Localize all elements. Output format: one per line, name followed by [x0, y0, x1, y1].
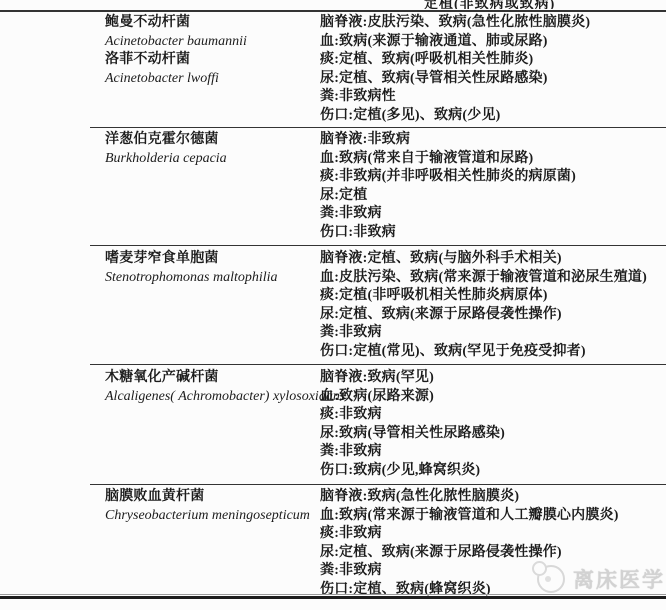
bacteria-name-zh: 脑膜败血黄杆菌: [105, 488, 318, 507]
table-rule-top: [0, 10, 666, 12]
specimen-finding: 脑脊液:定植、致病(与脑外科手术相关): [320, 250, 666, 269]
bacteria-name-latin: Stenotrophomonas maltophilia: [105, 269, 318, 288]
table-rule-separator: [90, 127, 666, 128]
specimen-finding: 粪:非致病性: [320, 88, 666, 107]
bacteria-name-cell: 脑膜败血黄杆菌Chryseobacterium meningosepticum: [105, 488, 318, 525]
specimen-finding: 尿:定植、致病(来源于尿路侵袭性操作): [320, 544, 666, 563]
specimen-finding: 血:致病(尿路来源): [320, 388, 666, 407]
specimen-finding: 痰:非致病: [320, 406, 666, 425]
bacteria-name-zh: 鲍曼不动杆菌: [105, 14, 318, 33]
table-rule-separator: [90, 245, 666, 246]
bacteria-name-cell: 洋葱伯克霍尔德菌Burkholderia cepacia: [105, 131, 318, 168]
bacteria-name-latin: Acinetobacter baumannii: [105, 33, 318, 52]
specimen-finding: 血:致病(常来自于输液管道和尿路): [320, 150, 666, 169]
specimen-finding: 粪:非致病: [320, 324, 666, 343]
table-rule-separator: [90, 364, 666, 365]
specimen-findings-cell: 脑脊液:致病(罕见)血:致病(尿路来源)痰:非致病尿:致病(导管相关性尿路感染)…: [320, 369, 666, 481]
specimen-finding: 痰:非致病: [320, 525, 666, 544]
specimen-finding: 尿:致病(导管相关性尿路感染): [320, 425, 666, 444]
specimen-finding: 伤口:非致病: [320, 224, 666, 243]
bacteria-name-latin: Alcaligenes( Achromobacter) xylosoxidans: [105, 388, 318, 407]
specimen-finding: 血:致病(常来源于输液管道和人工瓣膜心内膜炎): [320, 507, 666, 526]
table-rule-bottom-light: [0, 594, 666, 595]
bacteria-name-latin: Burkholderia cepacia: [105, 150, 318, 169]
specimen-finding: 脑脊液:皮肤污染、致病(急性化脓性脑膜炎): [320, 14, 666, 33]
bacteria-name-latin: Chryseobacterium meningosepticum: [105, 507, 318, 526]
clipped-header-row: 定植(非致病或致病): [0, 0, 666, 9]
bacteria-name-zh: 木糖氧化产碱杆菌: [105, 369, 318, 388]
specimen-finding: 痰:定植、致病(呼吸机相关性肺炎): [320, 51, 666, 70]
bacteria-name-zh: 洋葱伯克霍尔德菌: [105, 131, 318, 150]
bacteria-name-latin: Acinetobacter lwoffi: [105, 70, 318, 89]
watermark-label: 离床医学: [573, 564, 665, 594]
specimen-findings-cell: 脑脊液:皮肤污染、致病(急性化脓性脑膜炎)血:致病(来源于输液通道、肺或尿路)痰…: [320, 14, 666, 126]
specimen-finding: 血:致病(来源于输液通道、肺或尿路): [320, 33, 666, 52]
bacteria-name-cell: 鲍曼不动杆菌Acinetobacter baumannii洛菲不动杆菌Acine…: [105, 14, 318, 88]
specimen-finding: 尿:定植、致病(导管相关性尿路感染): [320, 70, 666, 89]
specimen-finding: 尿:定植、致病(来源于尿路侵袭性操作): [320, 306, 666, 325]
watermark-logo-icon: [537, 565, 565, 593]
specimen-finding: 脑脊液:非致病: [320, 131, 666, 150]
specimen-finding: 伤口:定植(常见)、致病(罕见于免疫受抑者): [320, 343, 666, 362]
specimen-finding: 粪:非致病: [320, 205, 666, 224]
specimen-findings-cell: 脑脊液:非致病血:致病(常来自于输液管道和尿路)痰:非致病(并非呼吸相关性肺炎的…: [320, 131, 666, 243]
scanned-table-page: 定植(非致病或致病) 鲍曼不动杆菌Acinetobacter baumannii…: [0, 0, 666, 610]
specimen-findings-cell: 脑脊液:定植、致病(与脑外科手术相关)血:皮肤污染、致病(常来源于输液管道和泌尿…: [320, 250, 666, 362]
bacteria-name-cell: 嗜麦芽窄食单胞菌Stenotrophomonas maltophilia: [105, 250, 318, 287]
bacteria-name-zh: 洛菲不动杆菌: [105, 51, 318, 70]
specimen-finding: 伤口:致病(少见,蜂窝织炎): [320, 462, 666, 481]
specimen-finding: 尿:定植: [320, 187, 666, 206]
specimen-finding: 痰:非致病(并非呼吸相关性肺炎的病原菌): [320, 168, 666, 187]
watermark: 离床医学: [537, 564, 665, 594]
specimen-finding: 痰:定植(非呼吸机相关性肺炎病原体): [320, 287, 666, 306]
specimen-finding: 伤口:定植(多见)、致病(少见): [320, 107, 666, 126]
specimen-finding: 血:皮肤污染、致病(常来源于输液管道和泌尿生殖道): [320, 269, 666, 288]
specimen-finding: 粪:非致病: [320, 443, 666, 462]
header-note: 定植(非致病或致病): [424, 0, 555, 9]
table-rule-bottom: [0, 596, 666, 599]
specimen-finding: 脑脊液:致病(罕见): [320, 369, 666, 388]
bacteria-name-cell: 木糖氧化产碱杆菌Alcaligenes( Achromobacter) xylo…: [105, 369, 318, 406]
table-rule-separator: [90, 484, 666, 485]
specimen-finding: 脑脊液:致病(急性化脓性脑膜炎): [320, 488, 666, 507]
bacteria-name-zh: 嗜麦芽窄食单胞菌: [105, 250, 318, 269]
